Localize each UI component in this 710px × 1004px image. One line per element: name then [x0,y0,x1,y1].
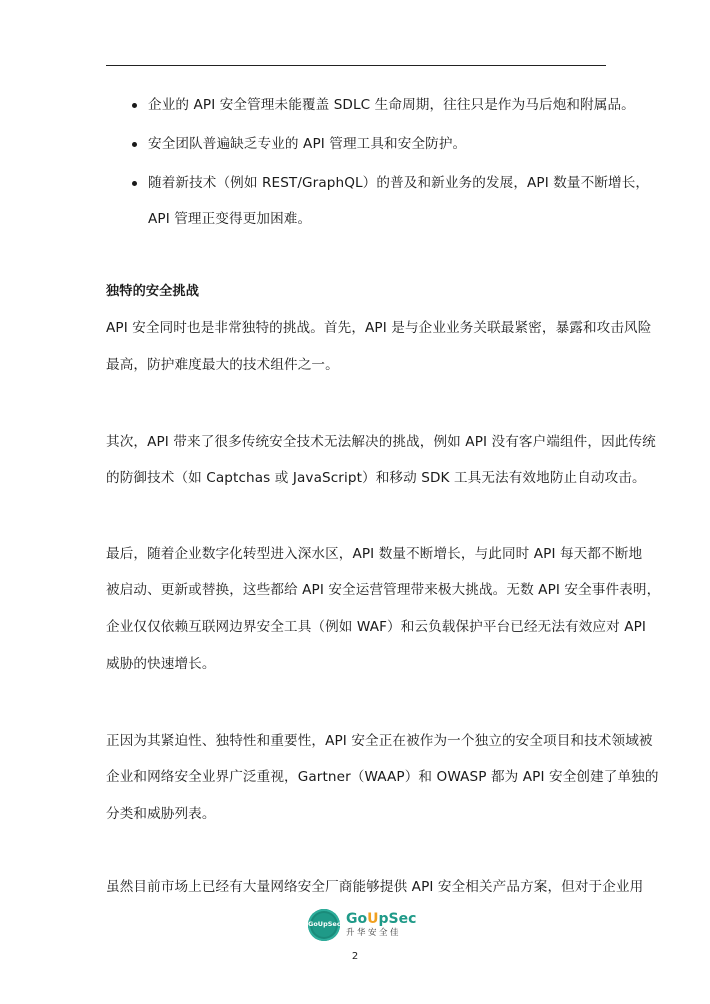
bullet-icon [132,103,137,108]
logo-brand-post: pSec [378,911,416,927]
paragraph-1-line-2: 最高，防护难度最大的技术组件之一。 [106,355,339,375]
bullet-icon [132,142,137,147]
paragraph-2-line-2: 的防御技术（如 Captchas 或 JavaScript）和移动 SDK 工具… [106,468,646,488]
logo-seal-icon: GoUpSec [308,909,340,941]
bullet-icon [132,181,137,186]
bullet-item-3-line-1: 随着新技术（例如 REST/GraphQL）的普及和新业务的发展，API 数量不… [148,173,649,193]
paragraph-5-line-1: 虽然目前市场上已经有大量网络安全厂商能够提供 API 安全相关产品方案，但对于企… [106,877,643,897]
paragraph-2-line-1: 其次，API 带来了很多传统安全技术无法解决的挑战，例如 API 没有客户端组件… [106,432,656,452]
paragraph-4-line-2: 企业和网络安全业界广泛重视，Gartner（WAAP）和 OWASP 都为 AP… [106,767,659,787]
section-heading: 独特的安全挑战 [106,282,199,302]
logo-brand-u: U [367,911,378,927]
logo-brand: GoUpSec [346,911,416,927]
bullet-item-1: 企业的 API 安全管理未能覆盖 SDLC 生命周期，往往只是作为马后炮和附属品… [148,95,635,115]
logo-text: GoUpSec 升华安全佳 [346,911,416,939]
goupsec-logo: GoUpSec GoUpSec 升华安全佳 [308,907,404,943]
paragraph-3-line-3: 企业仅仅依赖互联网边界安全工具（例如 WAF）和云负载保护平台已经无法有效应对 … [106,617,646,637]
page-number: 2 [0,951,710,962]
logo-brand-pre: Go [346,911,367,927]
paragraph-3-line-1: 最后，随着企业数字化转型进入深水区，API 数量不断增长，与此同时 API 每天… [106,544,642,564]
paragraph-4-line-1: 正因为其紧迫性、独特性和重要性，API 安全正在被作为一个独立的安全项目和技术领… [106,731,653,751]
bullet-item-3-line-2: API 管理正变得更加困难。 [148,209,311,229]
paragraph-3-line-4: 威胁的快速增长。 [106,654,216,674]
logo-subtitle: 升华安全佳 [346,927,416,939]
logo-seal-text: GoUpSec [308,920,340,928]
paragraph-3-line-2: 被启动、更新或替换，这些都给 API 安全运营管理带来极大挑战。无数 API 安… [106,580,660,600]
paragraph-1-line-1: API 安全同时也是非常独特的挑战。首先，API 是与企业业务关联最紧密，暴露和… [106,318,651,338]
paragraph-4-line-3: 分类和威胁列表。 [106,804,216,824]
header-rule [106,65,606,66]
bullet-item-2: 安全团队普遍缺乏专业的 API 管理工具和安全防护。 [148,134,466,154]
